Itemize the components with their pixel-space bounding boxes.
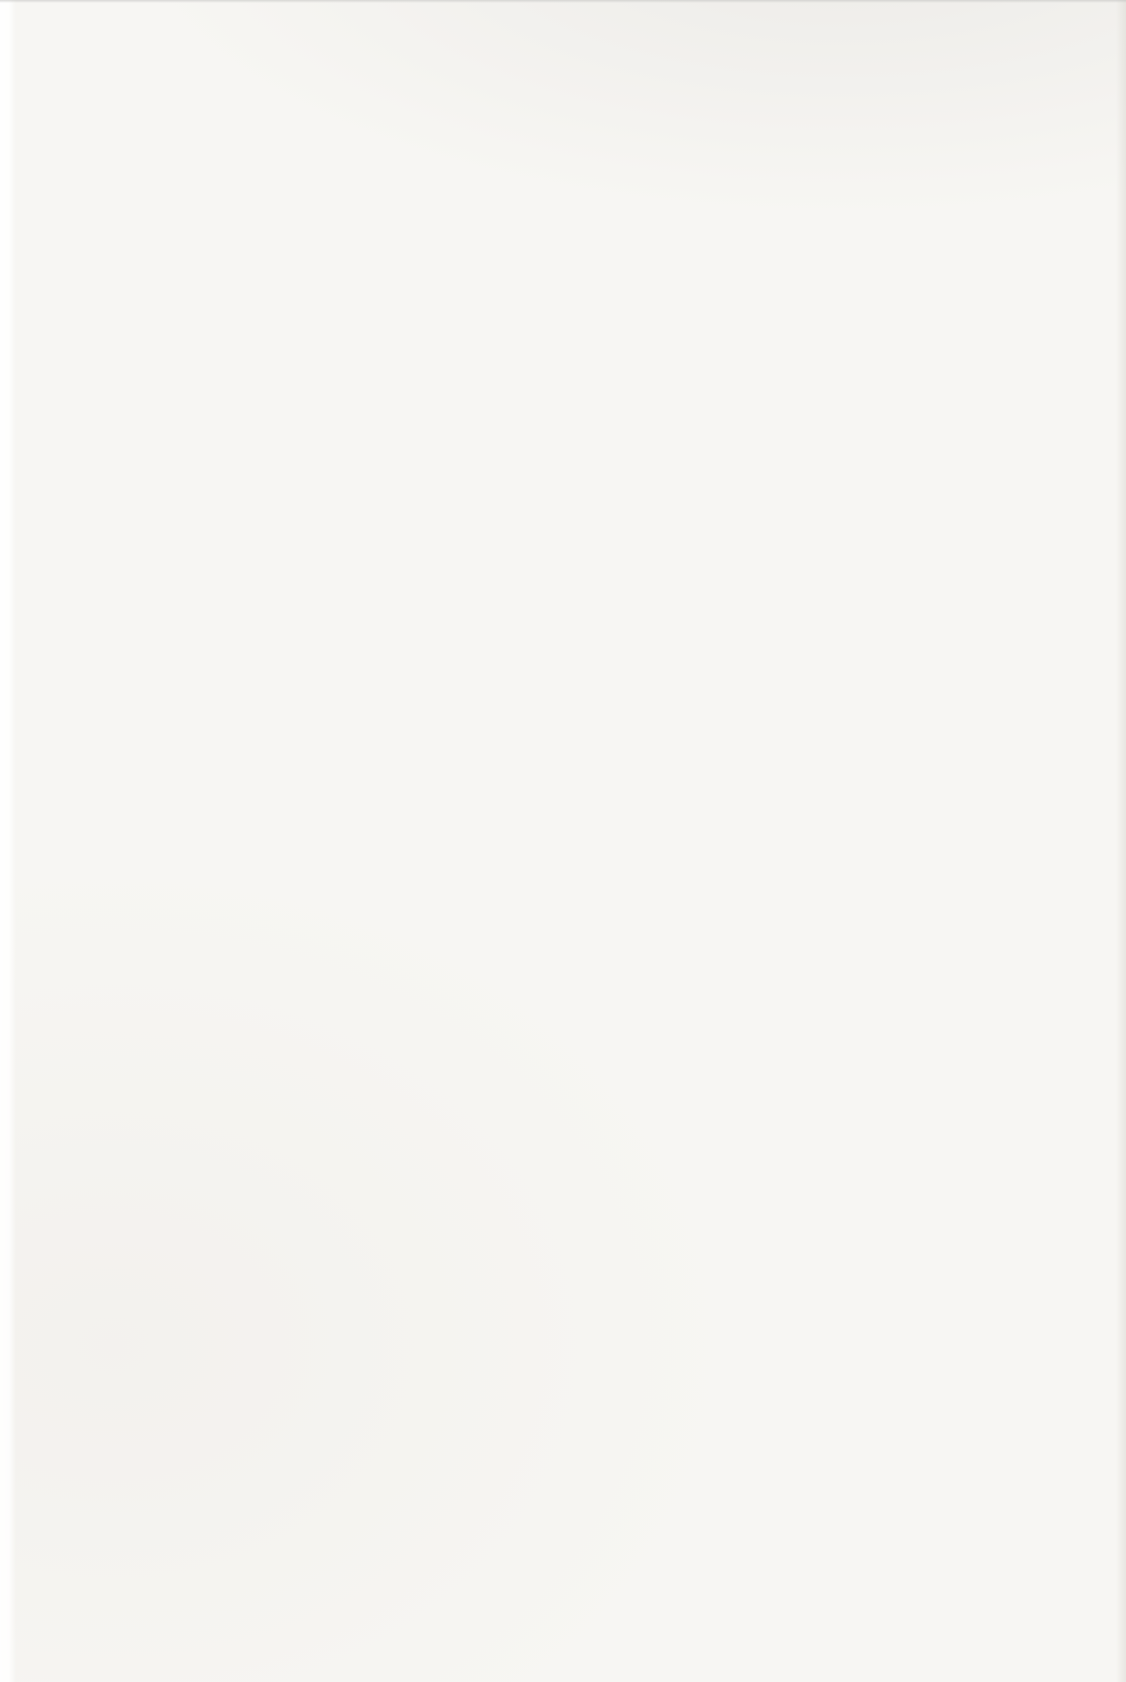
page-content [118, 403, 968, 437]
scanned-page [0, 0, 1126, 1682]
